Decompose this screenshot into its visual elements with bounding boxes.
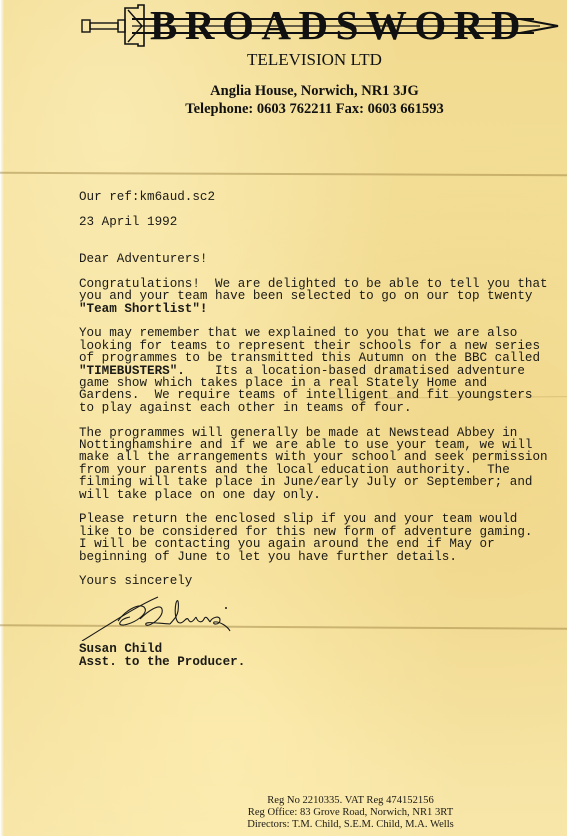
directors: Directors: T.M. Child, S.E.M. Child, M.A… [134, 819, 567, 831]
broadsword-logo: BROADSWORD [0, 0, 567, 52]
company-address: Anglia House, Norwich, NR1 3JG [0, 83, 567, 100]
text-line: to play against each other in teams of f… [79, 402, 559, 414]
signer-block: Susan Child Asst. to the Producer. [79, 643, 245, 669]
paragraph-return-slip: Please return the enclosed slip if you a… [79, 513, 559, 563]
text-line: beginning of June to let you have furthe… [79, 551, 559, 563]
company-footer: Reg No 2210335. VAT Reg 474152156 Reg Of… [0, 795, 567, 832]
registered-office: Reg Office: 83 Grove Road, Norwich, NR1 … [134, 807, 567, 819]
paragraph-congratulations: Congratulations! We are delighted to be … [79, 278, 559, 315]
company-name: TELEVISION LTD [0, 50, 567, 70]
company-phone-fax: Telephone: 0603 762211 Fax: 0603 661593 [0, 101, 567, 118]
signature-icon [80, 589, 250, 641]
text-line: Please return the enclosed slip if you a… [79, 513, 559, 525]
letter-date: 23 April 1992 [79, 216, 559, 228]
sword-blade-overlay-icon [0, 0, 567, 52]
paragraph-filming: The programmes will generally be made at… [79, 427, 559, 501]
text-line: I will be contacting you again around th… [79, 538, 559, 550]
text-line: You may remember that we explained to yo… [79, 327, 559, 339]
paper-fold-crease [0, 172, 567, 176]
signer-name: Susan Child [79, 643, 245, 656]
team-shortlist-emphasis: "Team Shortlist"! [79, 302, 207, 316]
registration-numbers: Reg No 2210335. VAT Reg 474152156 [134, 795, 567, 807]
text-line: Gardens. We require teams of intelligent… [79, 389, 559, 401]
signer-title: Asst. to the Producer. [79, 656, 245, 669]
letter-body: Our ref:km6aud.sc2 23 April 1992 Dear Ad… [79, 191, 559, 588]
paragraph-timebusters: You may remember that we explained to yo… [79, 327, 559, 414]
paper-edge [0, 0, 4, 836]
text-line: make all the arrangements with your scho… [79, 451, 559, 463]
closing: Yours sincerely [79, 575, 559, 587]
text-line: will take place on one day only. [79, 489, 559, 501]
text-line: filming will take place in June/early Ju… [79, 476, 559, 488]
salutation: Dear Adventurers! [79, 253, 559, 265]
reference: Our ref:km6aud.sc2 [79, 191, 559, 203]
